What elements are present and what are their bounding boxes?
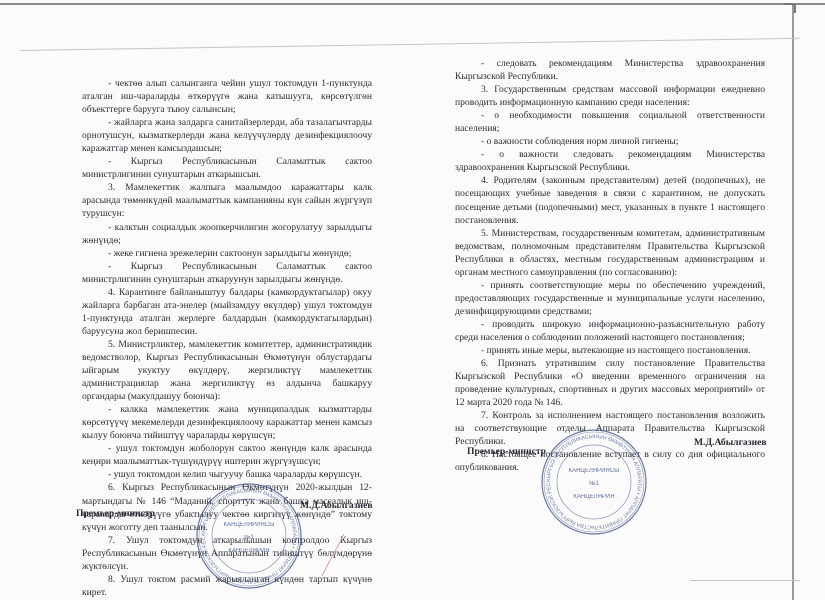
stamp-line-1: КАНЦЕЛЯРИЯСЫ (569, 468, 620, 474)
paragraph: - жеке гигиена эрежелерин сактоонун зары… (82, 247, 372, 260)
left-official-stamp: КЫРГЫЗ РЕСПУБЛИКАСЫНЫН ӨКМӨТҮНҮН АППАРАТ… (195, 482, 303, 590)
right-signature-name: М.Д.Абылгазиев (694, 437, 767, 448)
paragraph: - жайларга жана залдарга санитайзерлерди… (82, 116, 372, 155)
scan-frame-corner (784, 3, 796, 13)
right-page: - следовать рекомендациям Министерства з… (455, 57, 765, 475)
stamp-ring-text: КЫРГЫЗ РЕСПУБЛИКАСЫНЫН ӨКМӨТҮНҮН АППАРАТ… (540, 428, 642, 530)
right-official-stamp: КЫРГЫЗ РЕСПУБЛИКАСЫНЫН ӨКМӨТҮНҮН АППАРАТ… (540, 428, 648, 536)
svg-text:КЫРГЫЗ РЕСПУБЛИКАСЫНЫН ӨКМӨТҮН: КЫРГЫЗ РЕСПУБЛИКАСЫНЫН ӨКМӨТҮНҮН АППАРАТ… (540, 428, 642, 530)
stamp-line-1: КАНЦЕЛЯРИЯСЫ (224, 522, 275, 528)
paragraph: 4. Родителям (законным представителям) д… (455, 174, 765, 226)
stamp-line-2: №1 (589, 480, 599, 487)
paragraph: - ушул токтомдун жоболорун сактоо жөнүнд… (82, 442, 372, 468)
paragraph: 5. Министрликтер, мамлекеттик комитеттер… (82, 338, 372, 403)
fold-line-bottom (690, 580, 800, 581)
paragraph: - чектөө алып салынганга чейин ушул токт… (82, 77, 372, 116)
stamp-line-3: КАНЦЕЛЯРИЯ (573, 494, 614, 500)
stamp-line-3: КАНЦЕЛЯРИЯ (228, 548, 269, 554)
paragraph: - о необходимости повышения социальной о… (455, 109, 765, 135)
left-signature-title: Премьер-министр (76, 508, 155, 519)
paragraph: 5. Министерствам, государственным комите… (455, 227, 765, 279)
paragraph: - ушул токтомдон келип чыгуучу башка чар… (82, 468, 372, 481)
paragraph: - проводить широкую информационно-разъяс… (455, 318, 765, 344)
paragraph: - Кыргыз Республикасынын Саламаттык сакт… (82, 260, 372, 286)
paragraph: - о важности соблюдения норм личной гиги… (455, 135, 765, 148)
paragraph: 3. Государственным средствам массовой ин… (455, 83, 765, 109)
paragraph: 3. Мамлекеттик жалпыга маалымдоо каражат… (82, 181, 372, 220)
left-signature-name: М.Д.Абылгазиев (300, 500, 373, 511)
stamp-line-2: №1 (244, 534, 254, 541)
scan-frame-right (792, 3, 794, 600)
svg-text:КЫРГЫЗ РЕСПУБЛИКАСЫНЫН ӨКМӨТҮН: КЫРГЫЗ РЕСПУБЛИКАСЫНЫН ӨКМӨТҮНҮН АППАРАТ… (195, 482, 297, 584)
paragraph: - калктын социалдык жоопкерчилигин жогор… (82, 221, 372, 247)
paragraph: - калкка мамлекеттик жана муниципалдык к… (82, 403, 372, 442)
paragraph: 4. Карантинге байланыштуу балдары (камко… (82, 286, 372, 338)
paragraph: 6. Признать утратившим силу постановлени… (455, 357, 765, 409)
scan-frame-top (0, 3, 825, 5)
paragraph: - принять иные меры, вытекающие из насто… (455, 344, 765, 357)
stamp-ring-text: КЫРГЫЗ РЕСПУБЛИКАСЫНЫН ӨКМӨТҮНҮН АППАРАТ… (195, 482, 297, 584)
fold-line-top (20, 38, 800, 51)
paragraph: - Кыргыз Республикасынын Саламаттык сакт… (82, 155, 372, 181)
pen-signature-stroke (318, 530, 348, 580)
right-signature-title: Премьер-министр (467, 446, 546, 457)
paragraph: - следовать рекомендациям Министерства з… (455, 57, 765, 83)
paragraph: - о важности следовать рекомендациям Мин… (455, 148, 765, 174)
paragraph: - принять соответствующие меры по обеспе… (455, 279, 765, 318)
